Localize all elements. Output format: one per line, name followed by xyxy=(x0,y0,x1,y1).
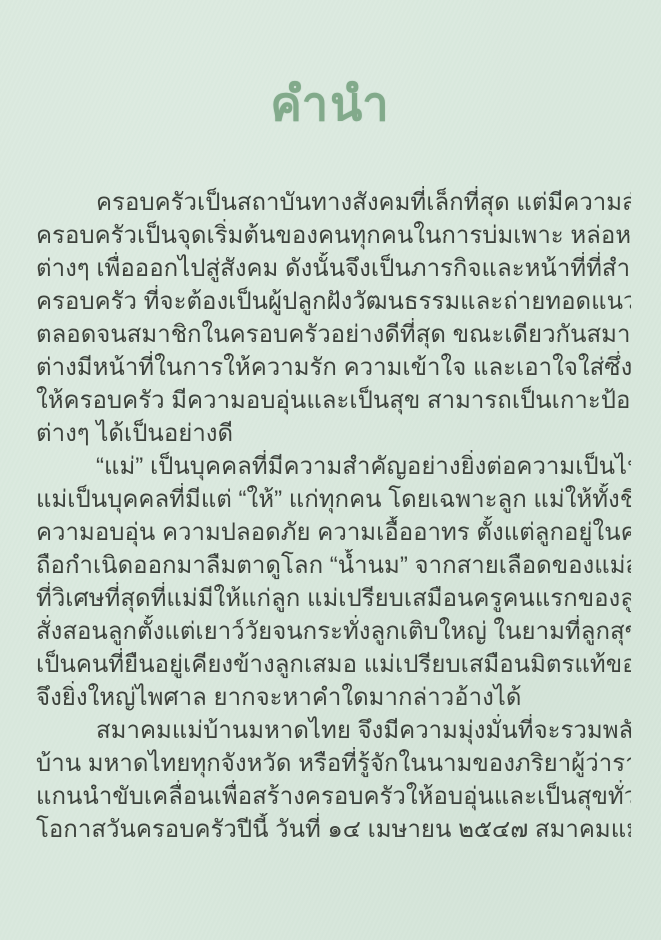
text-line: สมาคมแม่บ้านมหาดไทย จึงมีความมุ่งมั่นที่… xyxy=(36,714,631,747)
text-line: แม่เป็นบุคคลที่มีแต่ “ให้” แก่ทุกคน โดยเ… xyxy=(36,483,631,516)
text-line: ต่างๆ ได้เป็นอย่างดี xyxy=(36,417,631,450)
paragraph-3: สมาคมแม่บ้านมหาดไทย จึงมีความมุ่งมั่นที่… xyxy=(36,714,631,846)
text-line: สั่งสอนลูกตั้งแต่เยาว์วัยจนกระทั่งลูกเติ… xyxy=(36,615,631,648)
paragraph-2: “แม่” เป็นบุคคลที่มีความสำคัญอย่างยิ่งต่… xyxy=(36,450,631,714)
text-line: ต่างๆ เพื่อออกไปสู่สังคม ดังนั้นจึงเป็นภ… xyxy=(36,252,631,285)
text-line: ความอบอุ่น ความปลอดภัย ความเอื้ออาทร ตั้… xyxy=(36,516,631,549)
text-line: ถือกำเนิดออกมาลืมตาดูโลก “น้ำนม” จากสายเ… xyxy=(36,549,631,582)
text-line: “แม่” เป็นบุคคลที่มีความสำคัญอย่างยิ่งต่… xyxy=(36,450,631,483)
body-text: ครอบครัวเป็นสถาบันทางสังคมที่เล็กที่สุด … xyxy=(36,186,631,846)
text-line: ตลอดจนสมาชิกในครอบครัวอย่างดีที่สุด ขณะเ… xyxy=(36,318,631,351)
text-line: เป็นคนที่ยืนอยู่เคียงข้างลูกเสมอ แม่เปรี… xyxy=(36,648,631,681)
text-line: ให้ครอบครัว มีความอบอุ่นและเป็นสุข สามาร… xyxy=(36,384,631,417)
text-line: แกนนำขับเคลื่อนเพื่อสร้างครอบครัวให้อบอุ… xyxy=(36,780,631,813)
page-title: คำนำ xyxy=(0,0,661,134)
text-line: ครอบครัวเป็นจุดเริ่มต้นของคนทุกคนในการบ่… xyxy=(36,219,631,252)
text-line: ครอบครัวเป็นสถาบันทางสังคมที่เล็กที่สุด … xyxy=(36,186,631,219)
scanned-page: คำนำ ครอบครัวเป็นสถาบันทางสังคมที่เล็กที… xyxy=(0,0,661,940)
text-line: ต่างมีหน้าที่ในการให้ความรัก ความเข้าใจ … xyxy=(36,351,631,384)
text-line: ที่วิเศษที่สุดที่แม่มีให้แก่ลูก แม่เปรีย… xyxy=(36,582,631,615)
paragraph-1: ครอบครัวเป็นสถาบันทางสังคมที่เล็กที่สุด … xyxy=(36,186,631,450)
text-line: โอกาสวันครอบครัวปีนี้ วันที่ ๑๔ เมษายน ๒… xyxy=(36,813,631,846)
text-line: บ้าน มหาดไทยทุกจังหวัด หรือที่รู้จักในนา… xyxy=(36,747,631,780)
text-line: ครอบครัว ที่จะต้องเป็นผู้ปลูกฝังวัฒนธรรม… xyxy=(36,285,631,318)
text-line: จึงยิ่งใหญ่ไพศาล ยากจะหาคำใดมากล่าวอ้างไ… xyxy=(36,681,631,714)
